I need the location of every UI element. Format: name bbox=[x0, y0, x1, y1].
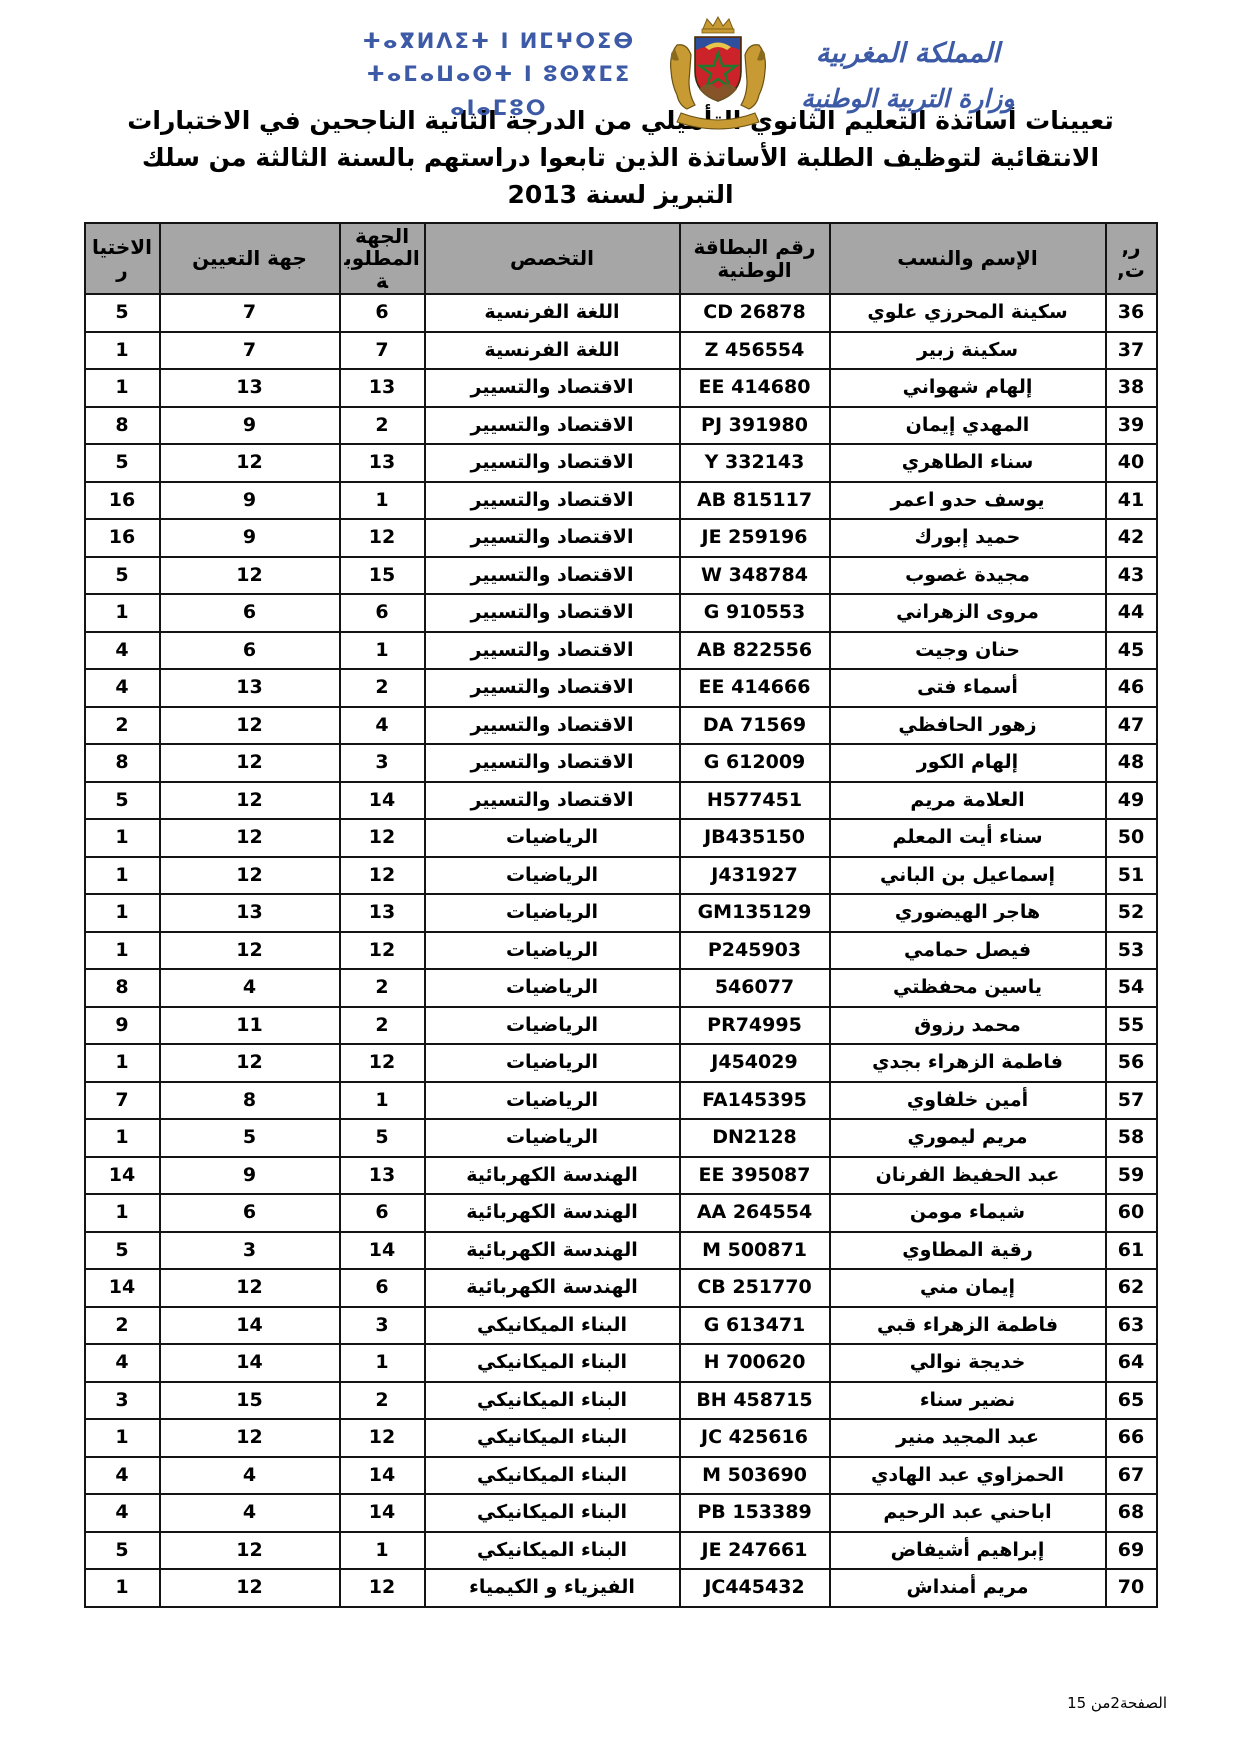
cell-id: W 348784 bbox=[680, 557, 830, 595]
cell-id: DN2128 bbox=[680, 1119, 830, 1157]
cell-assigned_region: 12 bbox=[160, 1569, 340, 1607]
cell-specialty: الهندسة الكهربائية bbox=[425, 1157, 680, 1195]
document-page: المملكة المغربية وزارة التربية الوطنية bbox=[0, 0, 1241, 1754]
cell-assigned_region: 12 bbox=[160, 1419, 340, 1457]
cell-assigned_region: 7 bbox=[160, 294, 340, 332]
cell-specialty: الاقتصاد والتسيير bbox=[425, 519, 680, 557]
cell-id: JC 425616 bbox=[680, 1419, 830, 1457]
cell-id: AB 822556 bbox=[680, 632, 830, 670]
cell-specialty: الرياضيات bbox=[425, 1044, 680, 1082]
cell-id: J454029 bbox=[680, 1044, 830, 1082]
cell-assigned_region: 3 bbox=[160, 1232, 340, 1270]
cell-choice: 8 bbox=[85, 744, 160, 782]
cell-requested_region: 1 bbox=[340, 1532, 425, 1570]
cell-num: 50 bbox=[1106, 819, 1157, 857]
cell-choice: 14 bbox=[85, 1269, 160, 1307]
cell-specialty: البناء الميكانيكي bbox=[425, 1532, 680, 1570]
table-row: 54ياسين محفظتي546077الرياضيات248 bbox=[85, 969, 1157, 1007]
cell-id: AA 264554 bbox=[680, 1194, 830, 1232]
cell-assigned_region: 12 bbox=[160, 1269, 340, 1307]
cell-requested_region: 14 bbox=[340, 782, 425, 820]
cell-choice: 1 bbox=[85, 1119, 160, 1157]
cell-num: 52 bbox=[1106, 894, 1157, 932]
table-header: ر, ت, الإسم والنسب رقم البطاقة الوطنية ا… bbox=[85, 223, 1157, 294]
cell-assigned_region: 6 bbox=[160, 594, 340, 632]
cell-choice: 4 bbox=[85, 632, 160, 670]
cell-assigned_region: 7 bbox=[160, 332, 340, 370]
cell-requested_region: 12 bbox=[340, 1569, 425, 1607]
cell-assigned_region: 12 bbox=[160, 857, 340, 895]
cell-specialty: الرياضيات bbox=[425, 857, 680, 895]
cell-name: الحمزاوي عبد الهادي bbox=[830, 1457, 1106, 1495]
cell-assigned_region: 6 bbox=[160, 632, 340, 670]
cell-id: CD 26878 bbox=[680, 294, 830, 332]
cell-name: شيماء مومن bbox=[830, 1194, 1106, 1232]
cell-assigned_region: 6 bbox=[160, 1194, 340, 1232]
cell-requested_region: 12 bbox=[340, 857, 425, 895]
table-row: 50سناء أيت المعلمJB435150الرياضيات12121 bbox=[85, 819, 1157, 857]
table-row: 47زهور الحافظيDA 71569الاقتصاد والتسيير4… bbox=[85, 707, 1157, 745]
cell-name: سناء الطاهري bbox=[830, 444, 1106, 482]
cell-name: إلهام شهواني bbox=[830, 369, 1106, 407]
cell-choice: 8 bbox=[85, 969, 160, 1007]
cell-id: J431927 bbox=[680, 857, 830, 895]
cell-requested_region: 5 bbox=[340, 1119, 425, 1157]
letterhead: المملكة المغربية وزارة التربية الوطنية bbox=[68, 0, 1241, 128]
table-row: 48إلهام الكورG 612009الاقتصاد والتسيير31… bbox=[85, 744, 1157, 782]
cell-num: 57 bbox=[1106, 1082, 1157, 1120]
cell-name: زهور الحافظي bbox=[830, 707, 1106, 745]
cell-name: يوسف حدو اعمر bbox=[830, 482, 1106, 520]
cell-name: سناء أيت المعلم bbox=[830, 819, 1106, 857]
cell-num: 42 bbox=[1106, 519, 1157, 557]
cell-num: 58 bbox=[1106, 1119, 1157, 1157]
cell-choice: 14 bbox=[85, 1157, 160, 1195]
cell-name: مروى الزهراني bbox=[830, 594, 1106, 632]
cell-num: 48 bbox=[1106, 744, 1157, 782]
cell-id: G 612009 bbox=[680, 744, 830, 782]
cell-specialty: الاقتصاد والتسيير bbox=[425, 369, 680, 407]
cell-num: 59 bbox=[1106, 1157, 1157, 1195]
cell-id: GM135129 bbox=[680, 894, 830, 932]
cell-assigned_region: 11 bbox=[160, 1007, 340, 1045]
cell-assigned_region: 9 bbox=[160, 519, 340, 557]
cell-assigned_region: 12 bbox=[160, 932, 340, 970]
cell-assigned_region: 5 bbox=[160, 1119, 340, 1157]
cell-num: 55 bbox=[1106, 1007, 1157, 1045]
cell-name: هاجر الهيضوري bbox=[830, 894, 1106, 932]
cell-specialty: الهندسة الكهربائية bbox=[425, 1194, 680, 1232]
cell-choice: 1 bbox=[85, 1569, 160, 1607]
cell-requested_region: 12 bbox=[340, 1419, 425, 1457]
title-line-2: الانتقائية لتوظيف الطلبة الأساتذة الذين … bbox=[78, 139, 1163, 176]
cell-specialty: الرياضيات bbox=[425, 819, 680, 857]
cell-name: مجيدة غصوب bbox=[830, 557, 1106, 595]
header-name: الإسم والنسب bbox=[830, 223, 1106, 294]
cell-specialty: الفيزياء و الكيمياء bbox=[425, 1569, 680, 1607]
cell-assigned_region: 9 bbox=[160, 482, 340, 520]
cell-requested_region: 2 bbox=[340, 969, 425, 1007]
cell-requested_region: 12 bbox=[340, 519, 425, 557]
cell-requested_region: 13 bbox=[340, 444, 425, 482]
cell-requested_region: 6 bbox=[340, 294, 425, 332]
cell-id: M 500871 bbox=[680, 1232, 830, 1270]
cell-id: JE 259196 bbox=[680, 519, 830, 557]
cell-name: محمد رزوق bbox=[830, 1007, 1106, 1045]
table-body: 36سكينة المحرزي علويCD 26878اللغة الفرنس… bbox=[85, 294, 1157, 1607]
cell-choice: 7 bbox=[85, 1082, 160, 1120]
cell-assigned_region: 14 bbox=[160, 1344, 340, 1382]
cell-specialty: البناء الميكانيكي bbox=[425, 1419, 680, 1457]
table-row: 58مريم ليموريDN2128الرياضيات551 bbox=[85, 1119, 1157, 1157]
cell-id: Z 456554 bbox=[680, 332, 830, 370]
cell-name: إبراهيم أشيفاض bbox=[830, 1532, 1106, 1570]
cell-requested_region: 6 bbox=[340, 594, 425, 632]
cell-requested_region: 13 bbox=[340, 894, 425, 932]
cell-name: العلامة مريم bbox=[830, 782, 1106, 820]
cell-requested_region: 12 bbox=[340, 932, 425, 970]
cell-specialty: الهندسة الكهربائية bbox=[425, 1269, 680, 1307]
cell-name: حميد إبورك bbox=[830, 519, 1106, 557]
cell-id: M 503690 bbox=[680, 1457, 830, 1495]
cell-num: 68 bbox=[1106, 1494, 1157, 1532]
cell-name: سكينة المحرزي علوي bbox=[830, 294, 1106, 332]
cell-name: حنان وجيت bbox=[830, 632, 1106, 670]
cell-requested_region: 13 bbox=[340, 1157, 425, 1195]
cell-id: JB435150 bbox=[680, 819, 830, 857]
cell-id: H577451 bbox=[680, 782, 830, 820]
cell-choice: 5 bbox=[85, 557, 160, 595]
cell-specialty: البناء الميكانيكي bbox=[425, 1307, 680, 1345]
cell-num: 36 bbox=[1106, 294, 1157, 332]
cell-specialty: الاقتصاد والتسيير bbox=[425, 444, 680, 482]
table-row: 69إبراهيم أشيفاضJE 247661البناء الميكاني… bbox=[85, 1532, 1157, 1570]
cell-specialty: الاقتصاد والتسيير bbox=[425, 407, 680, 445]
table-row: 67الحمزاوي عبد الهاديM 503690البناء المي… bbox=[85, 1457, 1157, 1495]
cell-name: أسماء فتى bbox=[830, 669, 1106, 707]
table-row: 70مريم أمنداشJC445432الفيزياء و الكيمياء… bbox=[85, 1569, 1157, 1607]
header-row: ر, ت, الإسم والنسب رقم البطاقة الوطنية ا… bbox=[85, 223, 1157, 294]
cell-num: 44 bbox=[1106, 594, 1157, 632]
cell-requested_region: 3 bbox=[340, 1307, 425, 1345]
cell-num: 66 bbox=[1106, 1419, 1157, 1457]
cell-assigned_region: 4 bbox=[160, 1457, 340, 1495]
cell-num: 37 bbox=[1106, 332, 1157, 370]
cell-choice: 1 bbox=[85, 894, 160, 932]
cell-specialty: الاقتصاد والتسيير bbox=[425, 744, 680, 782]
cell-requested_region: 1 bbox=[340, 1344, 425, 1382]
cell-choice: 1 bbox=[85, 369, 160, 407]
cell-num: 51 bbox=[1106, 857, 1157, 895]
header-number: ر, ت, bbox=[1106, 223, 1157, 294]
ministry-title: وزارة التربية الوطنية bbox=[801, 77, 1014, 121]
cell-assigned_region: 8 bbox=[160, 1082, 340, 1120]
table-row: 55محمد رزوقPR74995الرياضيات2119 bbox=[85, 1007, 1157, 1045]
cell-id: H 700620 bbox=[680, 1344, 830, 1382]
header-specialty: التخصص bbox=[425, 223, 680, 294]
cell-specialty: اللغة الفرنسية bbox=[425, 332, 680, 370]
cell-specialty: الرياضيات bbox=[425, 1119, 680, 1157]
cell-id: G 910553 bbox=[680, 594, 830, 632]
table-row: 65نضير سناءBH 458715البناء الميكانيكي215… bbox=[85, 1382, 1157, 1420]
cell-id: EE 414680 bbox=[680, 369, 830, 407]
cell-choice: 8 bbox=[85, 407, 160, 445]
cell-num: 39 bbox=[1106, 407, 1157, 445]
cell-requested_region: 12 bbox=[340, 819, 425, 857]
cell-assigned_region: 15 bbox=[160, 1382, 340, 1420]
cell-name: مريم ليموري bbox=[830, 1119, 1106, 1157]
table-row: 44مروى الزهرانيG 910553الاقتصاد والتسيير… bbox=[85, 594, 1157, 632]
table-row: 68اباحني عبد الرحيمPB 153389البناء الميك… bbox=[85, 1494, 1157, 1532]
cell-name: رقية المطاوي bbox=[830, 1232, 1106, 1270]
table-row: 51إسماعيل بن البانيJ431927الرياضيات12121 bbox=[85, 857, 1157, 895]
table-row: 45حنان وجيتAB 822556الاقتصاد والتسيير164 bbox=[85, 632, 1157, 670]
cell-choice: 1 bbox=[85, 332, 160, 370]
cell-num: 45 bbox=[1106, 632, 1157, 670]
cell-choice: 4 bbox=[85, 1457, 160, 1495]
cell-num: 64 bbox=[1106, 1344, 1157, 1382]
cell-assigned_region: 13 bbox=[160, 894, 340, 932]
cell-specialty: الرياضيات bbox=[425, 1082, 680, 1120]
cell-id: EE 414666 bbox=[680, 669, 830, 707]
cell-num: 62 bbox=[1106, 1269, 1157, 1307]
cell-num: 69 bbox=[1106, 1532, 1157, 1570]
cell-choice: 5 bbox=[85, 1232, 160, 1270]
cell-specialty: الرياضيات bbox=[425, 932, 680, 970]
table-row: 53فيصل حماميP245903الرياضيات12121 bbox=[85, 932, 1157, 970]
cell-requested_region: 13 bbox=[340, 369, 425, 407]
cell-assigned_region: 4 bbox=[160, 969, 340, 1007]
cell-id: Y 332143 bbox=[680, 444, 830, 482]
cell-name: فيصل حمامي bbox=[830, 932, 1106, 970]
cell-specialty: البناء الميكانيكي bbox=[425, 1344, 680, 1382]
cell-specialty: الاقتصاد والتسيير bbox=[425, 782, 680, 820]
cell-assigned_region: 14 bbox=[160, 1307, 340, 1345]
page-number: الصفحة2من 15 bbox=[1067, 1694, 1167, 1712]
table-row: 57أمين خلفاويFA145395الرياضيات187 bbox=[85, 1082, 1157, 1120]
cell-specialty: الاقتصاد والتسيير bbox=[425, 482, 680, 520]
header-choice: الاختيار bbox=[85, 223, 160, 294]
header-assigned-region: جهة التعيين bbox=[160, 223, 340, 294]
cell-requested_region: 1 bbox=[340, 632, 425, 670]
cell-assigned_region: 12 bbox=[160, 744, 340, 782]
cell-num: 46 bbox=[1106, 669, 1157, 707]
cell-choice: 9 bbox=[85, 1007, 160, 1045]
table-row: 49العلامة مريمH577451الاقتصاد والتسيير14… bbox=[85, 782, 1157, 820]
cell-specialty: البناء الميكانيكي bbox=[425, 1457, 680, 1495]
cell-choice: 5 bbox=[85, 1532, 160, 1570]
cell-assigned_region: 13 bbox=[160, 669, 340, 707]
cell-choice: 5 bbox=[85, 294, 160, 332]
cell-requested_region: 14 bbox=[340, 1457, 425, 1495]
table-row: 56فاطمة الزهراء بجديJ454029الرياضيات1212… bbox=[85, 1044, 1157, 1082]
cell-name: اباحني عبد الرحيم bbox=[830, 1494, 1106, 1532]
tifinagh-line1: ⵜⴰⴳⵍⴷⵉⵜ ⵏ ⵍⵎⵖⵔⵉⴱ bbox=[363, 25, 636, 59]
cell-assigned_region: 4 bbox=[160, 1494, 340, 1532]
cell-assigned_region: 12 bbox=[160, 1044, 340, 1082]
cell-requested_region: 7 bbox=[340, 332, 425, 370]
cell-name: المهدي إيمان bbox=[830, 407, 1106, 445]
cell-choice: 16 bbox=[85, 482, 160, 520]
cell-id: AB 815117 bbox=[680, 482, 830, 520]
header-requested-region: الجهة المطلوبة bbox=[340, 223, 425, 294]
cell-assigned_region: 12 bbox=[160, 444, 340, 482]
table-row: 62إيمان منيCB 251770الهندسة الكهربائية61… bbox=[85, 1269, 1157, 1307]
cell-assigned_region: 12 bbox=[160, 819, 340, 857]
cell-num: 38 bbox=[1106, 369, 1157, 407]
cell-id: P245903 bbox=[680, 932, 830, 970]
cell-id: JE 247661 bbox=[680, 1532, 830, 1570]
moroccan-coat-of-arms-icon bbox=[665, 15, 771, 135]
table-row: 43مجيدة غصوبW 348784الاقتصاد والتسيير151… bbox=[85, 557, 1157, 595]
cell-choice: 2 bbox=[85, 707, 160, 745]
cell-requested_region: 15 bbox=[340, 557, 425, 595]
table-row: 38إلهام شهوانيEE 414680الاقتصاد والتسيير… bbox=[85, 369, 1157, 407]
cell-specialty: الاقتصاد والتسيير bbox=[425, 594, 680, 632]
cell-name: إيمان مني bbox=[830, 1269, 1106, 1307]
cell-id: PR74995 bbox=[680, 1007, 830, 1045]
cell-requested_region: 1 bbox=[340, 482, 425, 520]
cell-requested_region: 12 bbox=[340, 1044, 425, 1082]
cell-id: 546077 bbox=[680, 969, 830, 1007]
cell-id: FA145395 bbox=[680, 1082, 830, 1120]
cell-requested_region: 14 bbox=[340, 1232, 425, 1270]
table-row: 39المهدي إيمانPJ 391980الاقتصاد والتسيير… bbox=[85, 407, 1157, 445]
cell-specialty: الرياضيات bbox=[425, 1007, 680, 1045]
cell-choice: 4 bbox=[85, 1494, 160, 1532]
cell-id: PB 153389 bbox=[680, 1494, 830, 1532]
cell-choice: 3 bbox=[85, 1382, 160, 1420]
cell-id: EE 395087 bbox=[680, 1157, 830, 1195]
cell-choice: 1 bbox=[85, 932, 160, 970]
cell-assigned_region: 12 bbox=[160, 1532, 340, 1570]
cell-specialty: الاقتصاد والتسيير bbox=[425, 669, 680, 707]
cell-assigned_region: 12 bbox=[160, 557, 340, 595]
cell-choice: 1 bbox=[85, 1044, 160, 1082]
header-national-id: رقم البطاقة الوطنية bbox=[680, 223, 830, 294]
cell-choice: 4 bbox=[85, 669, 160, 707]
table-row: 66عبد المجيد منيرJC 425616البناء الميكان… bbox=[85, 1419, 1157, 1457]
cell-requested_region: 6 bbox=[340, 1269, 425, 1307]
tifinagh-text: ⵜⴰⴳⵍⴷⵉⵜ ⵏ ⵍⵎⵖⵔⵉⴱ ⵜⴰⵎⴰⵡⴰⵙⵜ ⵏ ⵓⵙⴳⵎⵉ ⴰⵏⴰⵎⵓⵔ bbox=[363, 25, 636, 126]
cell-requested_region: 2 bbox=[340, 1007, 425, 1045]
cell-num: 65 bbox=[1106, 1382, 1157, 1420]
table-row: 60شيماء مومنAA 264554الهندسة الكهربائية6… bbox=[85, 1194, 1157, 1232]
table-row: 40سناء الطاهريY 332143الاقتصاد والتسيير1… bbox=[85, 444, 1157, 482]
table-row: 37سكينة زبيرZ 456554اللغة الفرنسية771 bbox=[85, 332, 1157, 370]
cell-num: 61 bbox=[1106, 1232, 1157, 1270]
cell-specialty: اللغة الفرنسية bbox=[425, 294, 680, 332]
cell-num: 43 bbox=[1106, 557, 1157, 595]
ministry-name-arabic: المملكة المغربية وزارة التربية الوطنية bbox=[801, 30, 1014, 121]
table-row: 59عبد الحفيظ الفرنانEE 395087الهندسة الك… bbox=[85, 1157, 1157, 1195]
cell-name: خديجة نوالي bbox=[830, 1344, 1106, 1382]
cell-choice: 1 bbox=[85, 819, 160, 857]
cell-specialty: الاقتصاد والتسيير bbox=[425, 632, 680, 670]
appointments-table: ر, ت, الإسم والنسب رقم البطاقة الوطنية ا… bbox=[84, 222, 1158, 1608]
cell-num: 53 bbox=[1106, 932, 1157, 970]
title-line-3: التبريز لسنة 2013 bbox=[78, 176, 1163, 213]
cell-choice: 1 bbox=[85, 594, 160, 632]
cell-choice: 1 bbox=[85, 857, 160, 895]
cell-specialty: الرياضيات bbox=[425, 969, 680, 1007]
cell-choice: 2 bbox=[85, 1307, 160, 1345]
cell-requested_region: 3 bbox=[340, 744, 425, 782]
cell-requested_region: 6 bbox=[340, 1194, 425, 1232]
cell-specialty: البناء الميكانيكي bbox=[425, 1494, 680, 1532]
cell-specialty: الهندسة الكهربائية bbox=[425, 1232, 680, 1270]
cell-assigned_region: 9 bbox=[160, 407, 340, 445]
cell-num: 54 bbox=[1106, 969, 1157, 1007]
cell-choice: 16 bbox=[85, 519, 160, 557]
cell-requested_region: 4 bbox=[340, 707, 425, 745]
table-row: 61رقية المطاويM 500871الهندسة الكهربائية… bbox=[85, 1232, 1157, 1270]
cell-name: نضير سناء bbox=[830, 1382, 1106, 1420]
cell-name: ياسين محفظتي bbox=[830, 969, 1106, 1007]
tifinagh-line3: ⴰⵏⴰⵎⵓⵔ bbox=[363, 92, 636, 126]
table-row: 41يوسف حدو اعمرAB 815117الاقتصاد والتسيي… bbox=[85, 482, 1157, 520]
table-row: 64خديجة نواليH 700620البناء الميكانيكي11… bbox=[85, 1344, 1157, 1382]
cell-name: فاطمة الزهراء بجدي bbox=[830, 1044, 1106, 1082]
kingdom-title: المملكة المغربية bbox=[801, 30, 1014, 77]
cell-num: 47 bbox=[1106, 707, 1157, 745]
cell-num: 67 bbox=[1106, 1457, 1157, 1495]
cell-specialty: الاقتصاد والتسيير bbox=[425, 557, 680, 595]
cell-id: PJ 391980 bbox=[680, 407, 830, 445]
cell-num: 56 bbox=[1106, 1044, 1157, 1082]
cell-requested_region: 2 bbox=[340, 669, 425, 707]
cell-choice: 5 bbox=[85, 782, 160, 820]
cell-num: 49 bbox=[1106, 782, 1157, 820]
cell-choice: 1 bbox=[85, 1419, 160, 1457]
table-row: 36سكينة المحرزي علويCD 26878اللغة الفرنس… bbox=[85, 294, 1157, 332]
cell-name: إلهام الكور bbox=[830, 744, 1106, 782]
cell-requested_region: 1 bbox=[340, 1082, 425, 1120]
cell-name: مريم أمنداش bbox=[830, 1569, 1106, 1607]
cell-id: G 613471 bbox=[680, 1307, 830, 1345]
cell-name: فاطمة الزهراء قبي bbox=[830, 1307, 1106, 1345]
cell-choice: 5 bbox=[85, 444, 160, 482]
cell-requested_region: 2 bbox=[340, 407, 425, 445]
cell-assigned_region: 13 bbox=[160, 369, 340, 407]
cell-name: عبد المجيد منير bbox=[830, 1419, 1106, 1457]
cell-num: 60 bbox=[1106, 1194, 1157, 1232]
cell-choice: 1 bbox=[85, 1194, 160, 1232]
cell-id: BH 458715 bbox=[680, 1382, 830, 1420]
cell-specialty: الاقتصاد والتسيير bbox=[425, 707, 680, 745]
cell-requested_region: 2 bbox=[340, 1382, 425, 1420]
cell-num: 41 bbox=[1106, 482, 1157, 520]
cell-num: 63 bbox=[1106, 1307, 1157, 1345]
cell-id: CB 251770 bbox=[680, 1269, 830, 1307]
cell-name: عبد الحفيظ الفرنان bbox=[830, 1157, 1106, 1195]
cell-specialty: الرياضيات bbox=[425, 894, 680, 932]
cell-id: JC445432 bbox=[680, 1569, 830, 1607]
table-row: 52هاجر الهيضوريGM135129الرياضيات13131 bbox=[85, 894, 1157, 932]
table-row: 63فاطمة الزهراء قبيG 613471البناء الميكا… bbox=[85, 1307, 1157, 1345]
tifinagh-line2: ⵜⴰⵎⴰⵡⴰⵙⵜ ⵏ ⵓⵙⴳⵎⵉ bbox=[363, 58, 636, 92]
cell-assigned_region: 12 bbox=[160, 782, 340, 820]
table-row: 42حميد إبوركJE 259196الاقتصاد والتسيير12… bbox=[85, 519, 1157, 557]
cell-choice: 4 bbox=[85, 1344, 160, 1382]
cell-assigned_region: 12 bbox=[160, 707, 340, 745]
cell-name: أمين خلفاوي bbox=[830, 1082, 1106, 1120]
cell-assigned_region: 9 bbox=[160, 1157, 340, 1195]
cell-specialty: البناء الميكانيكي bbox=[425, 1382, 680, 1420]
cell-id: DA 71569 bbox=[680, 707, 830, 745]
cell-requested_region: 14 bbox=[340, 1494, 425, 1532]
cell-num: 40 bbox=[1106, 444, 1157, 482]
